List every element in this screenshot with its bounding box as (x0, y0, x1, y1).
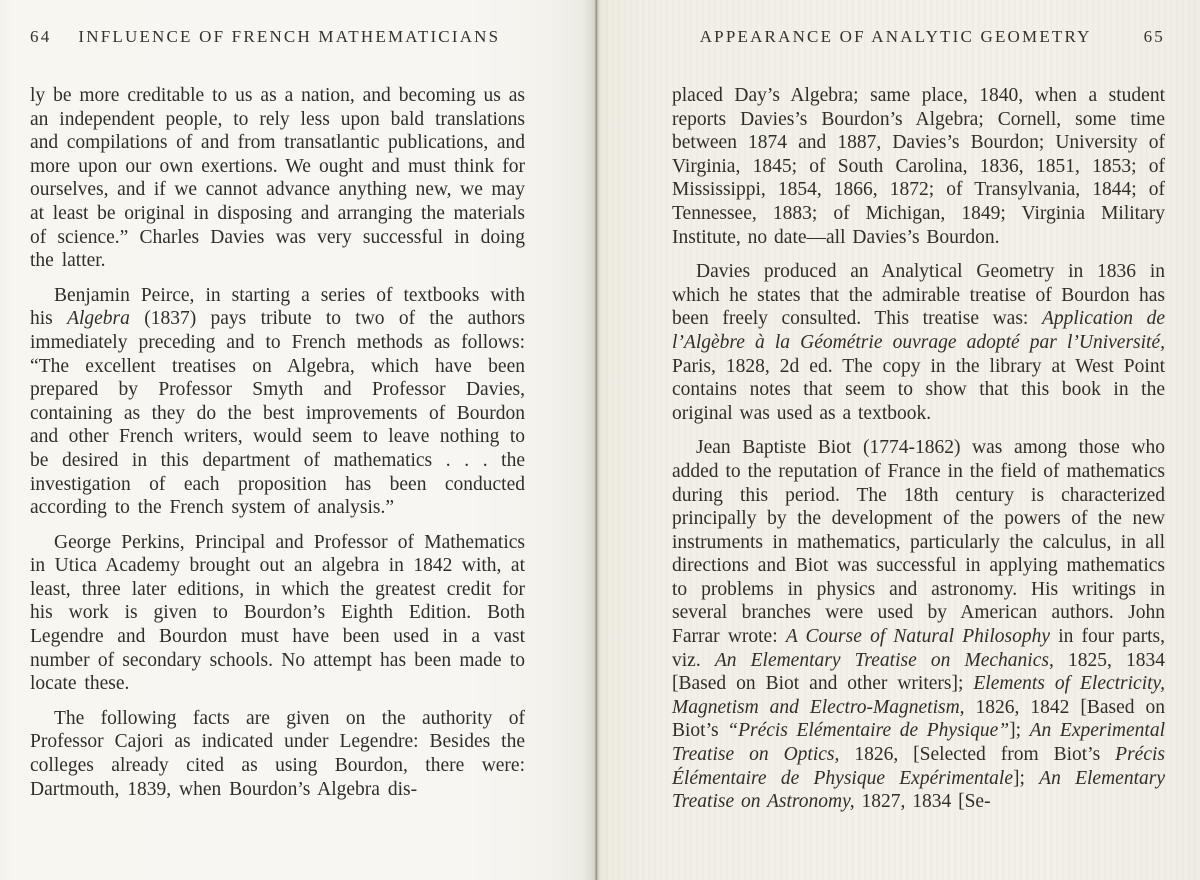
text-run: Jean Baptiste Biot (1774-1862) was among… (672, 437, 1165, 647)
right-page-header: APPEARANCE OF ANALYTIC GEOMETRY 65 (672, 27, 1165, 47)
text-run: placed Day’s Algebra; same place, 1840, … (672, 85, 1165, 248)
text-run: ly be more creditable to us as a nation,… (30, 85, 525, 271)
paragraph: placed Day’s Algebra; same place, 1840, … (672, 84, 1165, 249)
paragraph: The following facts are given on the aut… (30, 707, 525, 801)
book-spread: 64 INFLUENCE OF FRENCH MATHEMATICIANS ly… (0, 0, 1200, 880)
text-run: ]; (1013, 768, 1039, 789)
text-run: George Perkins, Principal and Professor … (30, 532, 525, 695)
right-body-text: placed Day’s Algebra; same place, 1840, … (672, 84, 1165, 814)
paragraph: Benjamin Peirce, in starting a series of… (30, 284, 525, 520)
text-run: ]; (1009, 720, 1030, 741)
italic-text-run: “Précis Elémentaire de Physique” (727, 720, 1009, 741)
italic-text-run: An Elementary Treatise on Mechanics, (715, 650, 1054, 671)
left-body-text: ly be more creditable to us as a nation,… (30, 84, 525, 801)
left-page-header: 64 INFLUENCE OF FRENCH MATHEMATICIANS (30, 27, 525, 47)
right-running-title: APPEARANCE OF ANALYTIC GEOMETRY (700, 27, 1092, 47)
text-run: The following facts are given on the aut… (30, 708, 525, 800)
text-run: Paris, 1828, 2d ed. The copy in the libr… (672, 356, 1165, 424)
page-right: APPEARANCE OF ANALYTIC GEOMETRY 65 place… (594, 0, 1200, 880)
right-page-number: 65 (1144, 27, 1165, 47)
text-run: 1826, [Selected from Biot’s (839, 744, 1115, 765)
italic-text-run: A Course of Natural Philosophy (786, 626, 1050, 647)
paragraph: George Perkins, Principal and Professor … (30, 531, 525, 696)
paragraph: Jean Baptiste Biot (1774-1862) was among… (672, 436, 1165, 814)
text-run: (1837) pays tribute to two of the author… (30, 308, 525, 518)
italic-text-run: Algebra (67, 308, 130, 329)
page-left: 64 INFLUENCE OF FRENCH MATHEMATICIANS ly… (0, 0, 594, 880)
text-run: 1827, 1834 [Se- (855, 791, 991, 812)
paragraph: ly be more creditable to us as a nation,… (30, 84, 525, 273)
left-page-number: 64 (30, 27, 51, 47)
left-running-title: INFLUENCE OF FRENCH MATHEMATICIANS (78, 27, 500, 47)
paragraph: Davies produced an Analytical Geometry i… (672, 260, 1165, 425)
